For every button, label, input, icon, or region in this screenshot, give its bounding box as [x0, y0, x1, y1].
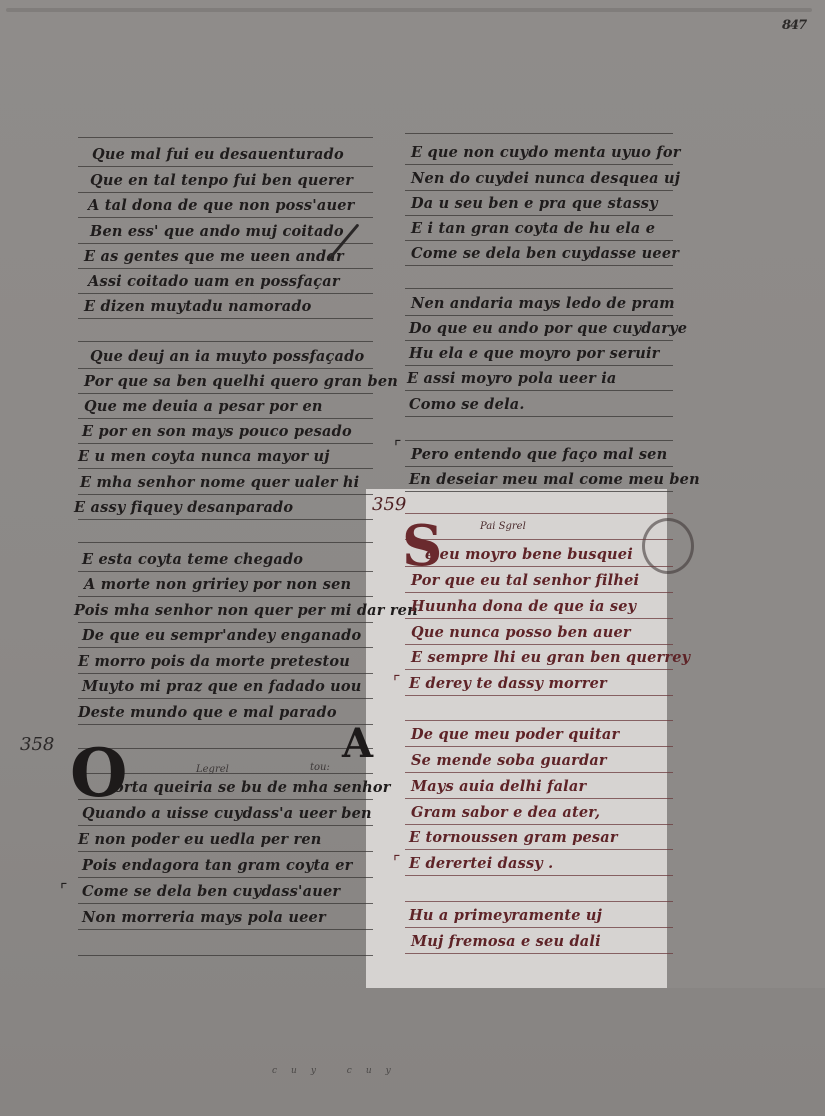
verse-line: Que me deuia a pesar por en — [84, 398, 323, 415]
verse-line: E assi moyro pola ueer ia — [407, 370, 617, 387]
verse-line: orta queiria se bu de mha senhor — [114, 779, 391, 796]
ruling-line — [405, 772, 673, 773]
verse-line: Que mal fui eu desauenturado — [92, 146, 344, 163]
ruling-line — [78, 166, 373, 167]
ruling-line — [78, 519, 373, 520]
paragraph-mark: ⌜ — [393, 672, 401, 691]
verse-line: Muyto mi praz que en fadado uou — [82, 678, 362, 695]
ruling-line — [78, 341, 373, 342]
ruling-line — [78, 293, 373, 294]
rubric-note: Pai Sgrel — [480, 521, 526, 532]
verse-line: e eu moyro bene busquei — [425, 546, 633, 563]
ruling-line — [405, 644, 673, 645]
ruling-line — [405, 669, 673, 670]
ruling-line — [78, 929, 373, 930]
initial-letter-S: S — [402, 518, 442, 574]
ruling-line — [405, 340, 673, 341]
ruling-line — [405, 466, 673, 467]
ruling-line — [78, 596, 373, 597]
ruling-line — [405, 365, 673, 366]
ruling-line — [78, 393, 373, 394]
ruling-line — [78, 542, 373, 543]
song-number-358: 358 — [20, 734, 54, 755]
verse-line: Hu ela e que moyro por seruir — [409, 345, 660, 362]
verse-line: De que meu poder quitar — [411, 726, 619, 743]
verse-line: Hu a primeyramente uj — [409, 907, 602, 924]
paragraph-mark: ⌜ — [393, 852, 401, 871]
ruling-line — [405, 240, 673, 241]
verse-line: Huunha dona de que ia sey — [411, 598, 636, 615]
verse-line: Nen andaria mays ledo de pram — [411, 295, 675, 312]
paragraph-mark: ⌜ — [60, 880, 68, 899]
page-top-edge — [6, 8, 812, 12]
verse-line: Do que eu ando por que cuydarye — [409, 320, 687, 337]
ruling-line — [405, 746, 673, 747]
ruling-line — [405, 720, 673, 721]
ruling-line — [405, 953, 673, 954]
right-margin-shadow — [667, 489, 825, 988]
verse-line: Por que eu tal senhor filhei — [411, 572, 639, 589]
ruling-line — [78, 137, 373, 138]
verse-line: Pois mha senhor non quer per mi dar ren — [74, 602, 418, 619]
ruling-line — [405, 133, 673, 134]
ruling-line — [78, 268, 373, 269]
verse-line: E que non cuydo menta uyuo for — [411, 144, 681, 161]
ruling-line — [405, 190, 673, 191]
verse-line: E non poder eu uedla per ren — [78, 831, 322, 848]
ruling-line — [78, 622, 373, 623]
ruling-line — [405, 416, 673, 417]
ruling-line — [78, 851, 373, 852]
verse-line: Mays auia delhi falar — [411, 778, 586, 795]
ruling-line — [405, 695, 673, 696]
ruling-line — [405, 875, 673, 876]
song-number-359: 359 — [372, 494, 406, 515]
ruling-line — [405, 315, 673, 316]
ruling-line — [78, 243, 373, 244]
ruling-line — [405, 927, 673, 928]
ruling-line — [405, 491, 673, 492]
verse-line: Assi coitado uam en possfaçar — [88, 273, 340, 290]
ruling-line — [78, 825, 373, 826]
ruling-line — [405, 215, 673, 216]
initial-letter-A: A — [342, 724, 373, 764]
verse-line: Pero entendo que faço mal sen — [411, 446, 667, 463]
ruling-line — [405, 566, 673, 567]
verse-line: Da u seu ben e pra que stassy — [411, 195, 658, 212]
manuscript-page: 847 Que mal fui eu desauenturado Que en … — [0, 0, 825, 1116]
verse-line: Que nunca posso ben auer — [411, 624, 631, 641]
verse-line: Come se dela ben cuydass'auer — [82, 883, 340, 900]
ruling-line — [78, 318, 373, 319]
verse-line: Non morreria mays pola ueer — [82, 909, 326, 926]
ruling-line — [405, 798, 673, 799]
verse-line: E i tan gran coyta de hu ela e — [411, 220, 655, 237]
verse-line: En deseiar meu mal come meu ben — [409, 471, 700, 488]
ruling-line — [78, 955, 373, 956]
ruling-line — [78, 673, 373, 674]
folio-number: 847 — [782, 18, 806, 33]
verse-line: E derertei dassy . — [409, 855, 553, 872]
verse-line: E mha senhor nome quer ualer hi — [80, 474, 359, 491]
ruling-line — [78, 468, 373, 469]
verse-line: Se mende soba guardar — [411, 752, 607, 769]
ruling-line — [405, 901, 673, 902]
ruling-line — [405, 618, 673, 619]
rubric-note: Legrel — [196, 764, 229, 775]
verse-line: Come se dela ben cuydasse ueer — [411, 245, 679, 262]
ruling-line — [78, 217, 373, 218]
ruling-line — [78, 724, 373, 725]
ruling-line — [78, 418, 373, 419]
verse-line: Que en tal tenpo fui ben querer — [90, 172, 353, 189]
initial-letter-O: O — [70, 740, 128, 806]
verse-line: Muj fremosa e seu dali — [411, 933, 601, 950]
verse-line: E tornoussen gram pesar — [409, 829, 618, 846]
verse-line: E assy fiquey desanparado — [74, 499, 293, 516]
ruling-line — [405, 288, 673, 289]
verse-line: A morte non gririey por non sen — [84, 576, 351, 593]
verse-line: Que deuj an ia muyto possfaçado — [90, 348, 364, 365]
ruling-line — [78, 903, 373, 904]
verse-line: Ben ess' que ando muj coitado — [90, 223, 344, 240]
verse-line: Como se dela. — [409, 396, 525, 413]
verse-line: Deste mundo que e mal parado — [78, 704, 337, 721]
ruling-line — [405, 440, 673, 441]
ruling-line — [405, 592, 673, 593]
verse-line: E dizen muytadu namorado — [84, 298, 312, 315]
verse-line: E por en son mays pouco pesado — [82, 423, 352, 440]
ruling-line — [405, 539, 673, 540]
ruling-line — [405, 849, 673, 850]
verse-line: Nen do cuydei nunca desquea uj — [411, 170, 680, 187]
verse-line: E esta coyta teme chegado — [82, 551, 303, 568]
verse-line: E u men coyta nunca mayor uj — [78, 448, 330, 465]
ruling-line — [405, 824, 673, 825]
paragraph-mark: ⌜ — [394, 437, 402, 456]
verse-line: De que eu sempr'andey enganado — [82, 627, 361, 644]
rubric-note-right: tou: — [310, 762, 330, 773]
ruling-line — [78, 877, 373, 878]
verse-line: E derey te dassy morrer — [409, 675, 607, 692]
ruling-line — [78, 698, 373, 699]
verse-line: A tal dona de que non poss'auer — [88, 197, 355, 214]
ruling-line — [78, 443, 373, 444]
ruling-line — [405, 390, 673, 391]
verse-line: E sempre lhi eu gran ben querrey — [411, 649, 690, 666]
ruling-line — [405, 164, 673, 165]
verse-line: E morro pois da morte pretestou — [78, 653, 350, 670]
verse-line: Gram sabor e dea ater, — [411, 804, 600, 821]
ruling-line — [78, 368, 373, 369]
verse-line: Por que sa ben quelhi quero gran ben — [84, 373, 398, 390]
bottom-marginal-note: cuy cuy — [272, 1066, 405, 1076]
ruling-line — [78, 647, 373, 648]
ruling-line — [78, 494, 373, 495]
verse-line: E as gentes que me ueen andar — [84, 248, 344, 265]
ruling-line — [405, 265, 673, 266]
ruling-line — [78, 192, 373, 193]
verse-line: Pois endagora tan gram coyta er — [82, 857, 352, 874]
ruling-line — [405, 513, 673, 514]
ruling-line — [78, 571, 373, 572]
